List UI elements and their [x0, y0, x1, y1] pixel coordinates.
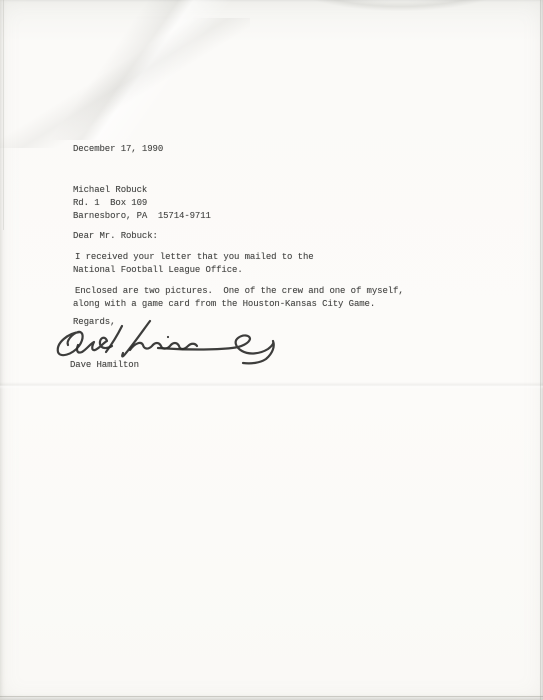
letter-date: December 17, 1990 — [73, 144, 163, 155]
letter-page: December 17, 1990 Michael Robuck Rd. 1 B… — [0, 0, 543, 700]
body-paragraph2-line2: along with a game card from the Houston-… — [73, 299, 375, 310]
paper-crease — [270, 0, 530, 54]
typed-signature-name: Dave Hamilton — [70, 360, 139, 371]
paper-edge — [0, 696, 543, 697]
recipient-address-line2: Barnesboro, PA 15714-9711 — [73, 211, 211, 222]
paper-fold-line — [0, 380, 543, 390]
paper-edge — [3, 0, 4, 230]
paper-edge — [540, 0, 541, 700]
recipient-address-line1: Rd. 1 Box 109 — [73, 198, 147, 209]
salutation: Dear Mr. Robuck: — [73, 231, 158, 242]
body-paragraph1-line2: National Football League Office. — [73, 265, 243, 276]
paper-crease — [0, 0, 290, 140]
body-paragraph1-line1: I received your letter that you mailed t… — [75, 252, 314, 263]
recipient-name: Michael Robuck — [73, 185, 147, 196]
body-paragraph2-line1: Enclosed are two pictures. One of the cr… — [75, 286, 404, 297]
paper-crease — [0, 18, 250, 148]
